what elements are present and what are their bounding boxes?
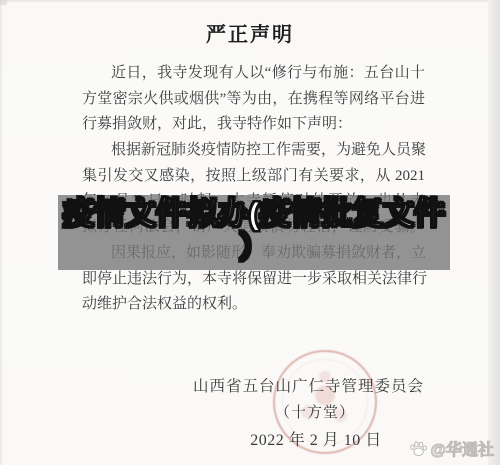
body-line: 根据新冠肺炎疫情防控工作需要，为避免人员聚 [82, 138, 425, 164]
photo-edge-top [0, 0, 500, 2]
watermark: @华通社 [409, 437, 494, 460]
document-title: 严正声明 [0, 18, 500, 47]
document-photo: 严正声明 近日，我寺发现有人以“修行与布施：五台山十 方堂密宗火供或烟供”等为由… [0, 0, 500, 465]
body-line: 近日，我寺发现有人以“修行与布施：五台山十 [82, 61, 425, 87]
body-line: 动维护合法权益的权利。 [82, 292, 425, 318]
body-line: 即停止违法行为，本寺将保留进一步采取相关法律行 [82, 267, 425, 293]
signature-organization: 山西省五台山广仁寺管理委员会 [193, 374, 424, 396]
watermark-handle: @华通社 [430, 437, 494, 460]
caption-line-1: 疫情文件拟办(疫情批复文件 [63, 197, 445, 231]
photo-edge-left [0, 0, 3, 465]
paw-icon [409, 440, 428, 457]
document-body: 近日，我寺发现有人以“修行与布施：五台山十 方堂密宗火供或烟供”等为由，在携程等… [82, 61, 425, 318]
signature-branch: （十方堂） [240, 401, 390, 422]
body-line: 方堂密宗火供或烟供”等为由，在携程等网络平台进 [82, 87, 425, 113]
photo-corner-mark [0, 0, 7, 5]
caption-overlay: 疫情文件拟办(疫情批复文件 ） [58, 195, 450, 270]
caption-line-2: ） [239, 231, 270, 265]
signature-date: 2022 年 2 月 10 日 [240, 427, 392, 450]
photo-edge-right [488, 0, 500, 465]
body-line: 行募捐敛财，对此，我寺特作如下声明： [82, 112, 425, 138]
body-line: 集引发交叉感染，按照上级部门有关要求，从 2021 [82, 164, 425, 190]
